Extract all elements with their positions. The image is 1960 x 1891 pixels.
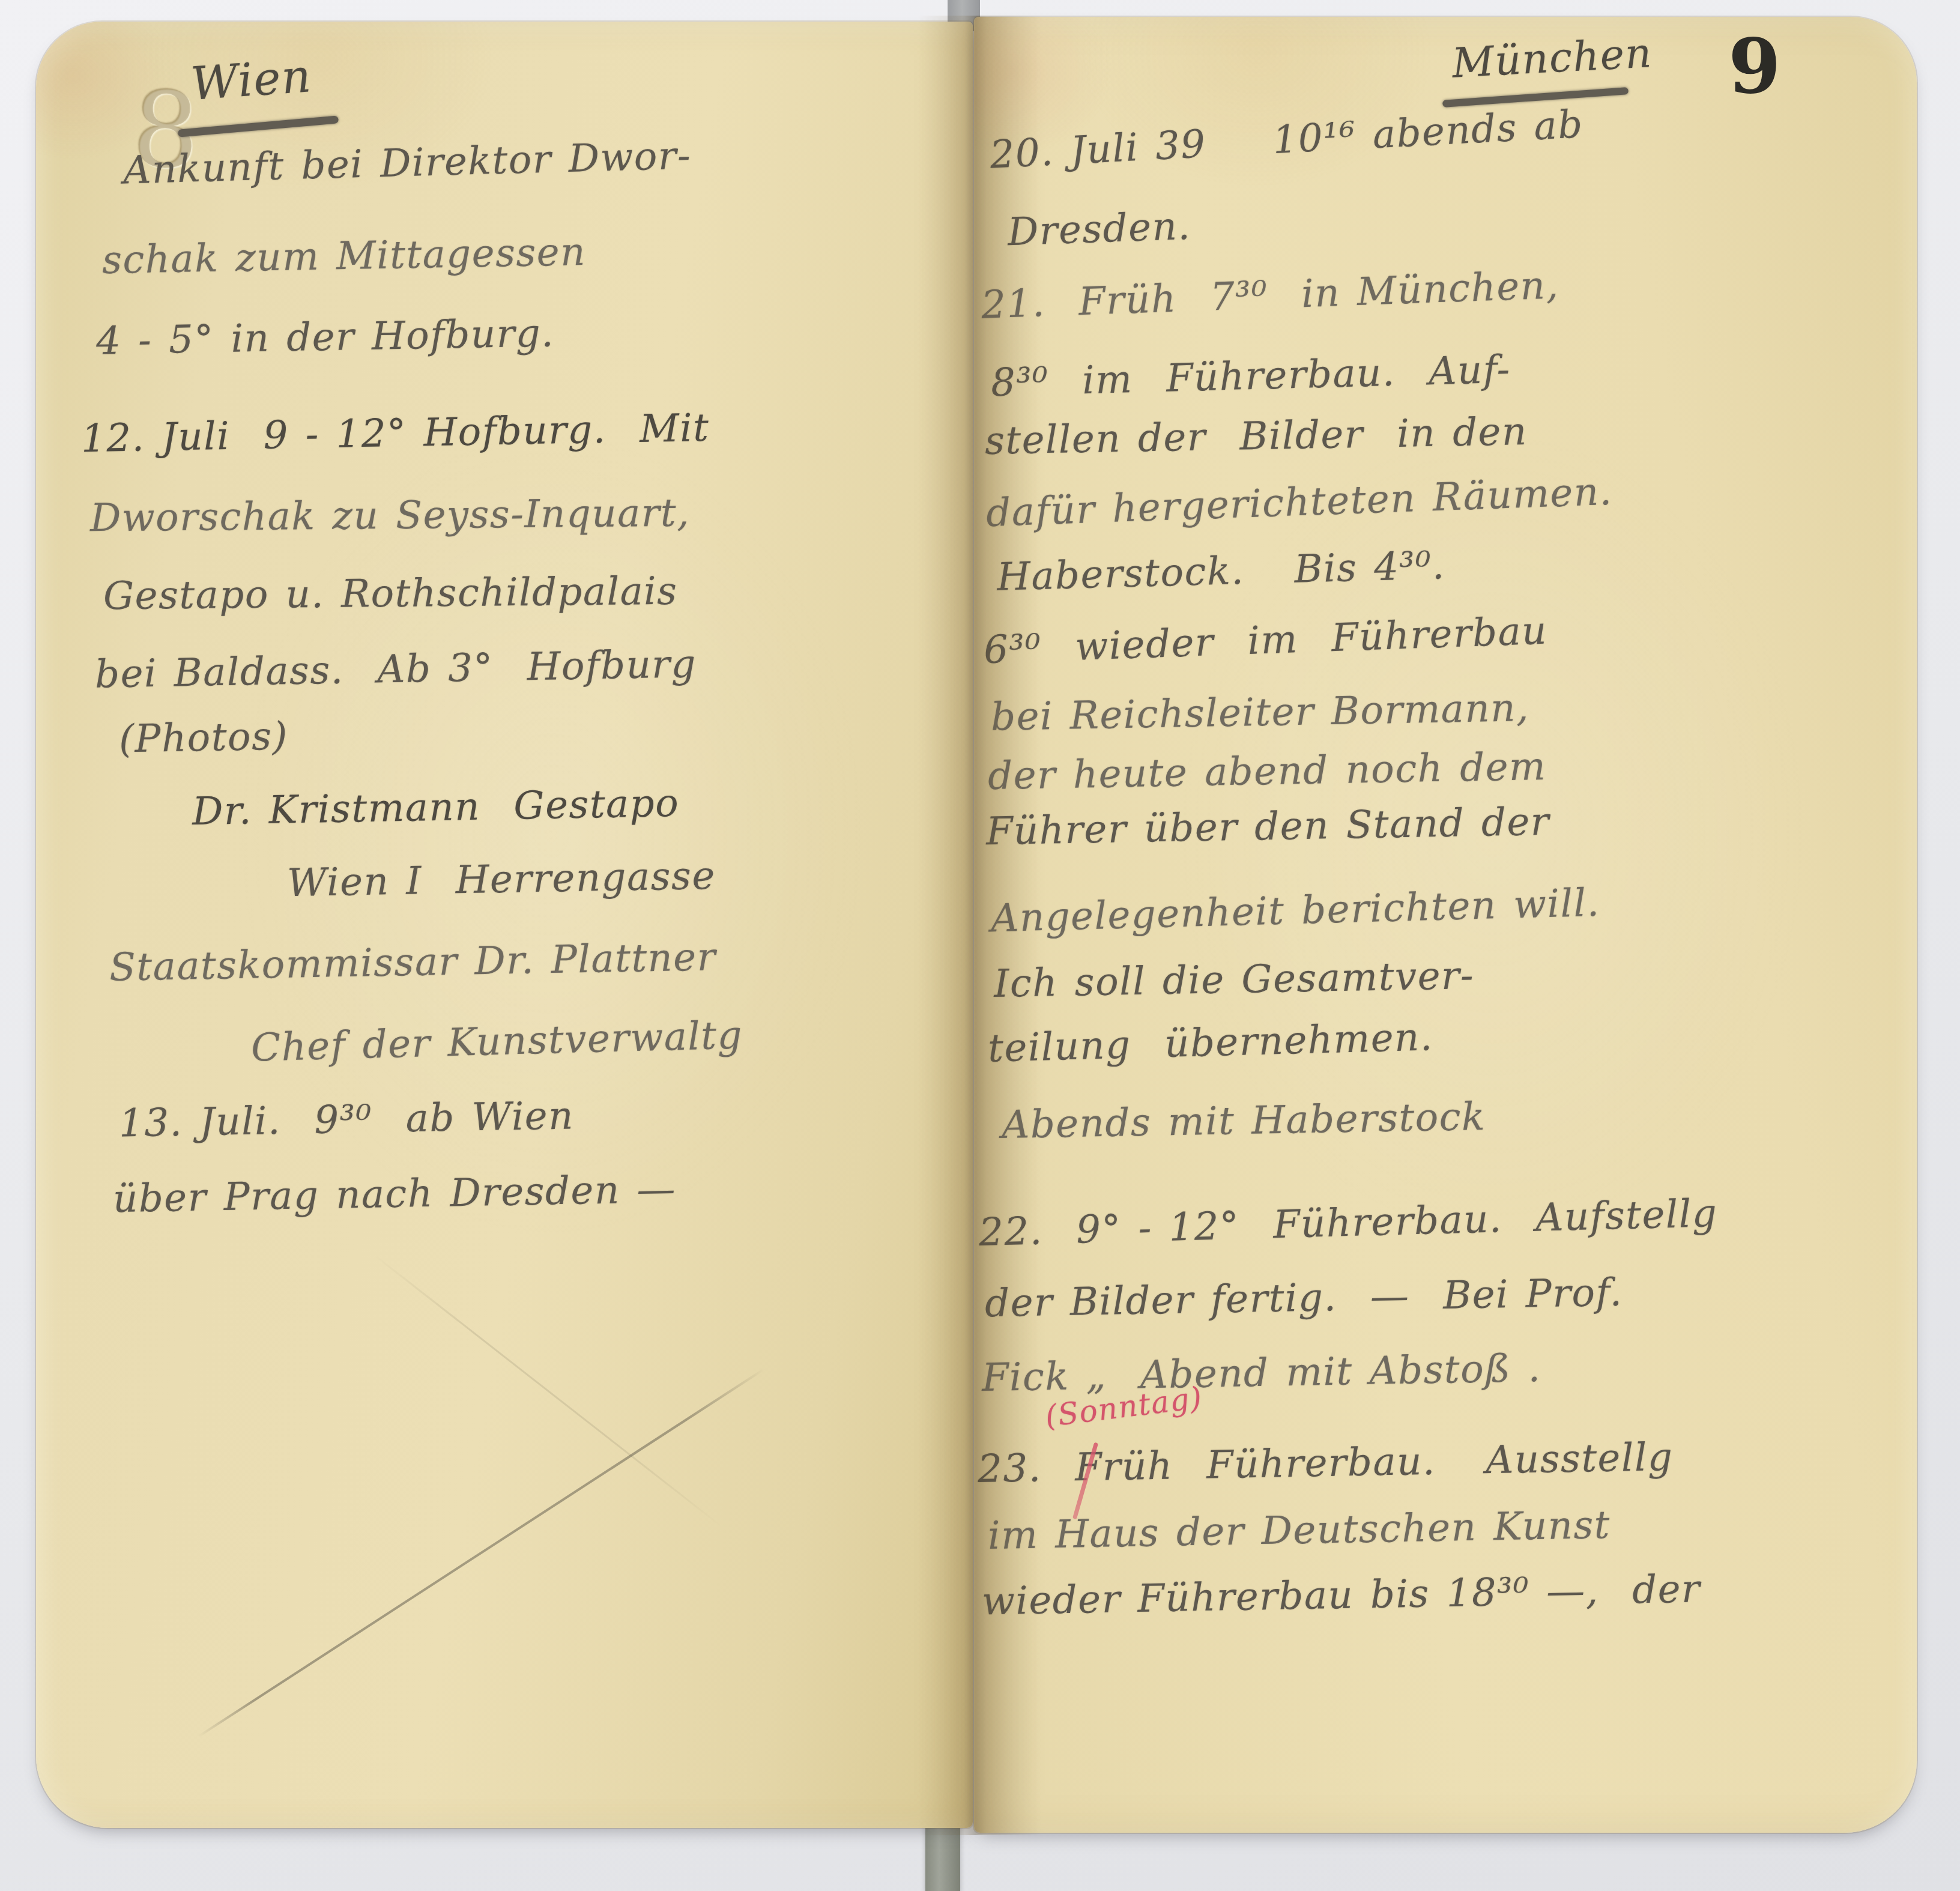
handwritten-line: schak zum Mittagessen — [101, 230, 586, 283]
handwritten-line: der heute abend noch dem — [987, 745, 1546, 799]
handwritten-line: Dresden. — [1007, 204, 1191, 255]
handwritten-line: 23. Früh Führerbau. Ausstellg — [977, 1435, 1673, 1492]
header-underline — [178, 115, 339, 137]
handwritten-line: über Prag nach Dresden — — [112, 1167, 676, 1221]
right-page-header: München — [1451, 29, 1653, 87]
handwritten-line: wieder Führerbau bis 18³⁰ —, der — [981, 1567, 1701, 1624]
paper-crease — [372, 1253, 723, 1528]
notebook-photo: 8 Wien Ankunft bei Direktor Dwor- schak … — [0, 0, 1960, 1891]
handwritten-line: Staatskommissar Dr. Plattner — [109, 935, 716, 990]
handwritten-line: 12. Juli 9 - 12° Hofburg. Mit — [80, 406, 710, 461]
handwritten-line: Ich soll die Gesamtver- — [993, 954, 1474, 1006]
handwritten-line: Gestapo u. Rothschildpalais — [103, 569, 678, 619]
left-page-header: Wien — [189, 49, 313, 110]
handwritten-line: Angelegenheit berichten will. — [990, 881, 1600, 942]
handwritten-line: dafür hergerichteten Räumen. — [985, 470, 1613, 536]
handwritten-line: 13. Juli. 9³⁰ ab Wien — [118, 1094, 574, 1146]
handwritten-line: der Bilder fertig. — Bei Prof. — [984, 1271, 1623, 1327]
handwritten-line: Führer über den Stand der — [985, 800, 1550, 854]
bookmark-ribbon-bottom — [925, 1822, 960, 1891]
handwritten-line: 22. 9° - 12° Führerbau. Aufstellg — [978, 1191, 1718, 1255]
handwritten-line: Dr. Kristmann Gestapo — [192, 781, 679, 834]
handwritten-line: 4 - 5° in der Hofburg. — [95, 311, 554, 363]
handwritten-line: Haberstock. Bis 4³⁰. — [996, 543, 1445, 600]
pencil-stroke — [198, 1368, 766, 1738]
printed-page-number: 9 — [1728, 22, 1781, 110]
handwritten-line: 8³⁰ im Führerbau. Auf- — [990, 348, 1511, 406]
left-page: 8 Wien Ankunft bei Direktor Dwor- schak … — [36, 22, 973, 1828]
right-page: München 9 20. Juli 39 10¹⁶ abends ab Dre… — [974, 17, 1917, 1833]
handwritten-line: im Haus der Deutschen Kunst — [987, 1503, 1611, 1558]
handwritten-line: teilung übernehmen. — [987, 1015, 1433, 1071]
handwritten-line: (Photos) — [118, 715, 288, 762]
handwritten-line: bei Reichsleiter Bormann, — [990, 686, 1529, 740]
handwritten-line: Chef der Kunstverwaltg — [250, 1013, 743, 1070]
handwritten-line: Abends mit Haberstock — [1001, 1095, 1486, 1148]
handwritten-line: stellen der Bilder in den — [984, 410, 1528, 464]
handwritten-line: 20. Juli 39 10¹⁶ abends ab — [989, 102, 1585, 178]
handwritten-line: 6³⁰ wieder im Führerbau — [983, 609, 1548, 673]
handwritten-line: Ankunft bei Direktor Dwor- — [122, 134, 692, 193]
handwritten-line: bei Baldass. Ab 3° Hofburg — [94, 642, 697, 697]
handwritten-line: 21. Früh 7³⁰ in München, — [981, 263, 1559, 328]
handwritten-line: Dworschak zu Seyss-Inquart, — [90, 491, 690, 541]
handwritten-line: Fick „ Abend mit Abstoß . — [981, 1346, 1541, 1400]
handwritten-line: Wien I Herrengasse — [286, 854, 716, 906]
